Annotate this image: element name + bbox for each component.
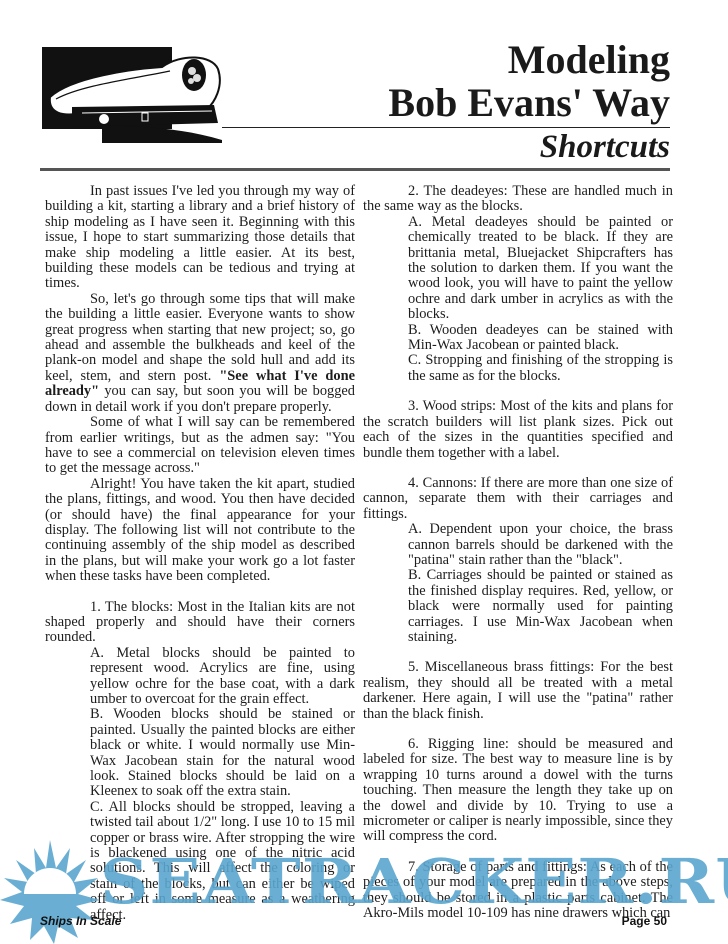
list-subitem-blocks-b: B. Wooden blocks should be stained or pa… [45,707,355,799]
list-subitem-cannons-a: A. Dependent upon your choice, the brass… [363,522,673,568]
header-bottom-divider [40,168,670,171]
publication-name: Ships In Scale [40,914,121,928]
intro-paragraph-4: Alright! You have taken the kit apart, s… [45,477,355,585]
spacer [363,722,673,737]
list-subitem-deadeyes-a: A. Metal deadeyes should be painted or c… [363,215,673,323]
list-subitem-deadeyes-c: C. Stropping and finishing of the stropp… [363,353,673,384]
intro-paragraph-3: Some of what I will say can be remembere… [45,415,355,477]
article-title-line2: Bob Evans' Way [388,81,670,125]
article-header: Modeling Bob Evans' Way Shortcuts [0,0,728,170]
list-subitem-deadeyes-b: B. Wooden deadeyes can be stained with M… [363,323,673,354]
list-subitem-blocks-a: A. Metal blocks should be painted to rep… [45,646,355,708]
list-item-brass-fittings: 5. Miscellaneous brass fittings: For the… [363,660,673,722]
article-subtitle: Shortcuts [540,128,670,166]
intro-paragraph-1: In past issues I've led you through my w… [45,184,355,292]
watermark-text: SEATRACKER.RU [100,849,728,915]
list-item-cannons: 4. Cannons: If there are more than one s… [363,476,673,522]
intro-paragraph-2: So, let's go through some tips that will… [45,292,355,415]
list-item-deadeyes: 2. The deadeyes: These are handled much … [363,184,673,215]
article-title-line1: Modeling [508,38,670,82]
right-column: 2. The deadeyes: These are handled much … [363,184,673,921]
spacer [45,585,355,600]
page-number: Page 50 [622,914,667,928]
spacer [363,461,673,476]
list-item-blocks: 1. The blocks: Most in the Italian kits … [45,600,355,646]
naval-officer-cap-icon [42,47,222,143]
spacer [363,645,673,660]
list-subitem-cannons-b: B. Carriages should be painted or staine… [363,568,673,645]
left-column: In past issues I've led you through my w… [45,184,355,923]
list-item-wood-strips: 3. Wood strips: Most of the kits and pla… [363,399,673,461]
list-item-rigging-line: 6. Rigging line: should be measured and … [363,737,673,845]
spacer [363,384,673,399]
